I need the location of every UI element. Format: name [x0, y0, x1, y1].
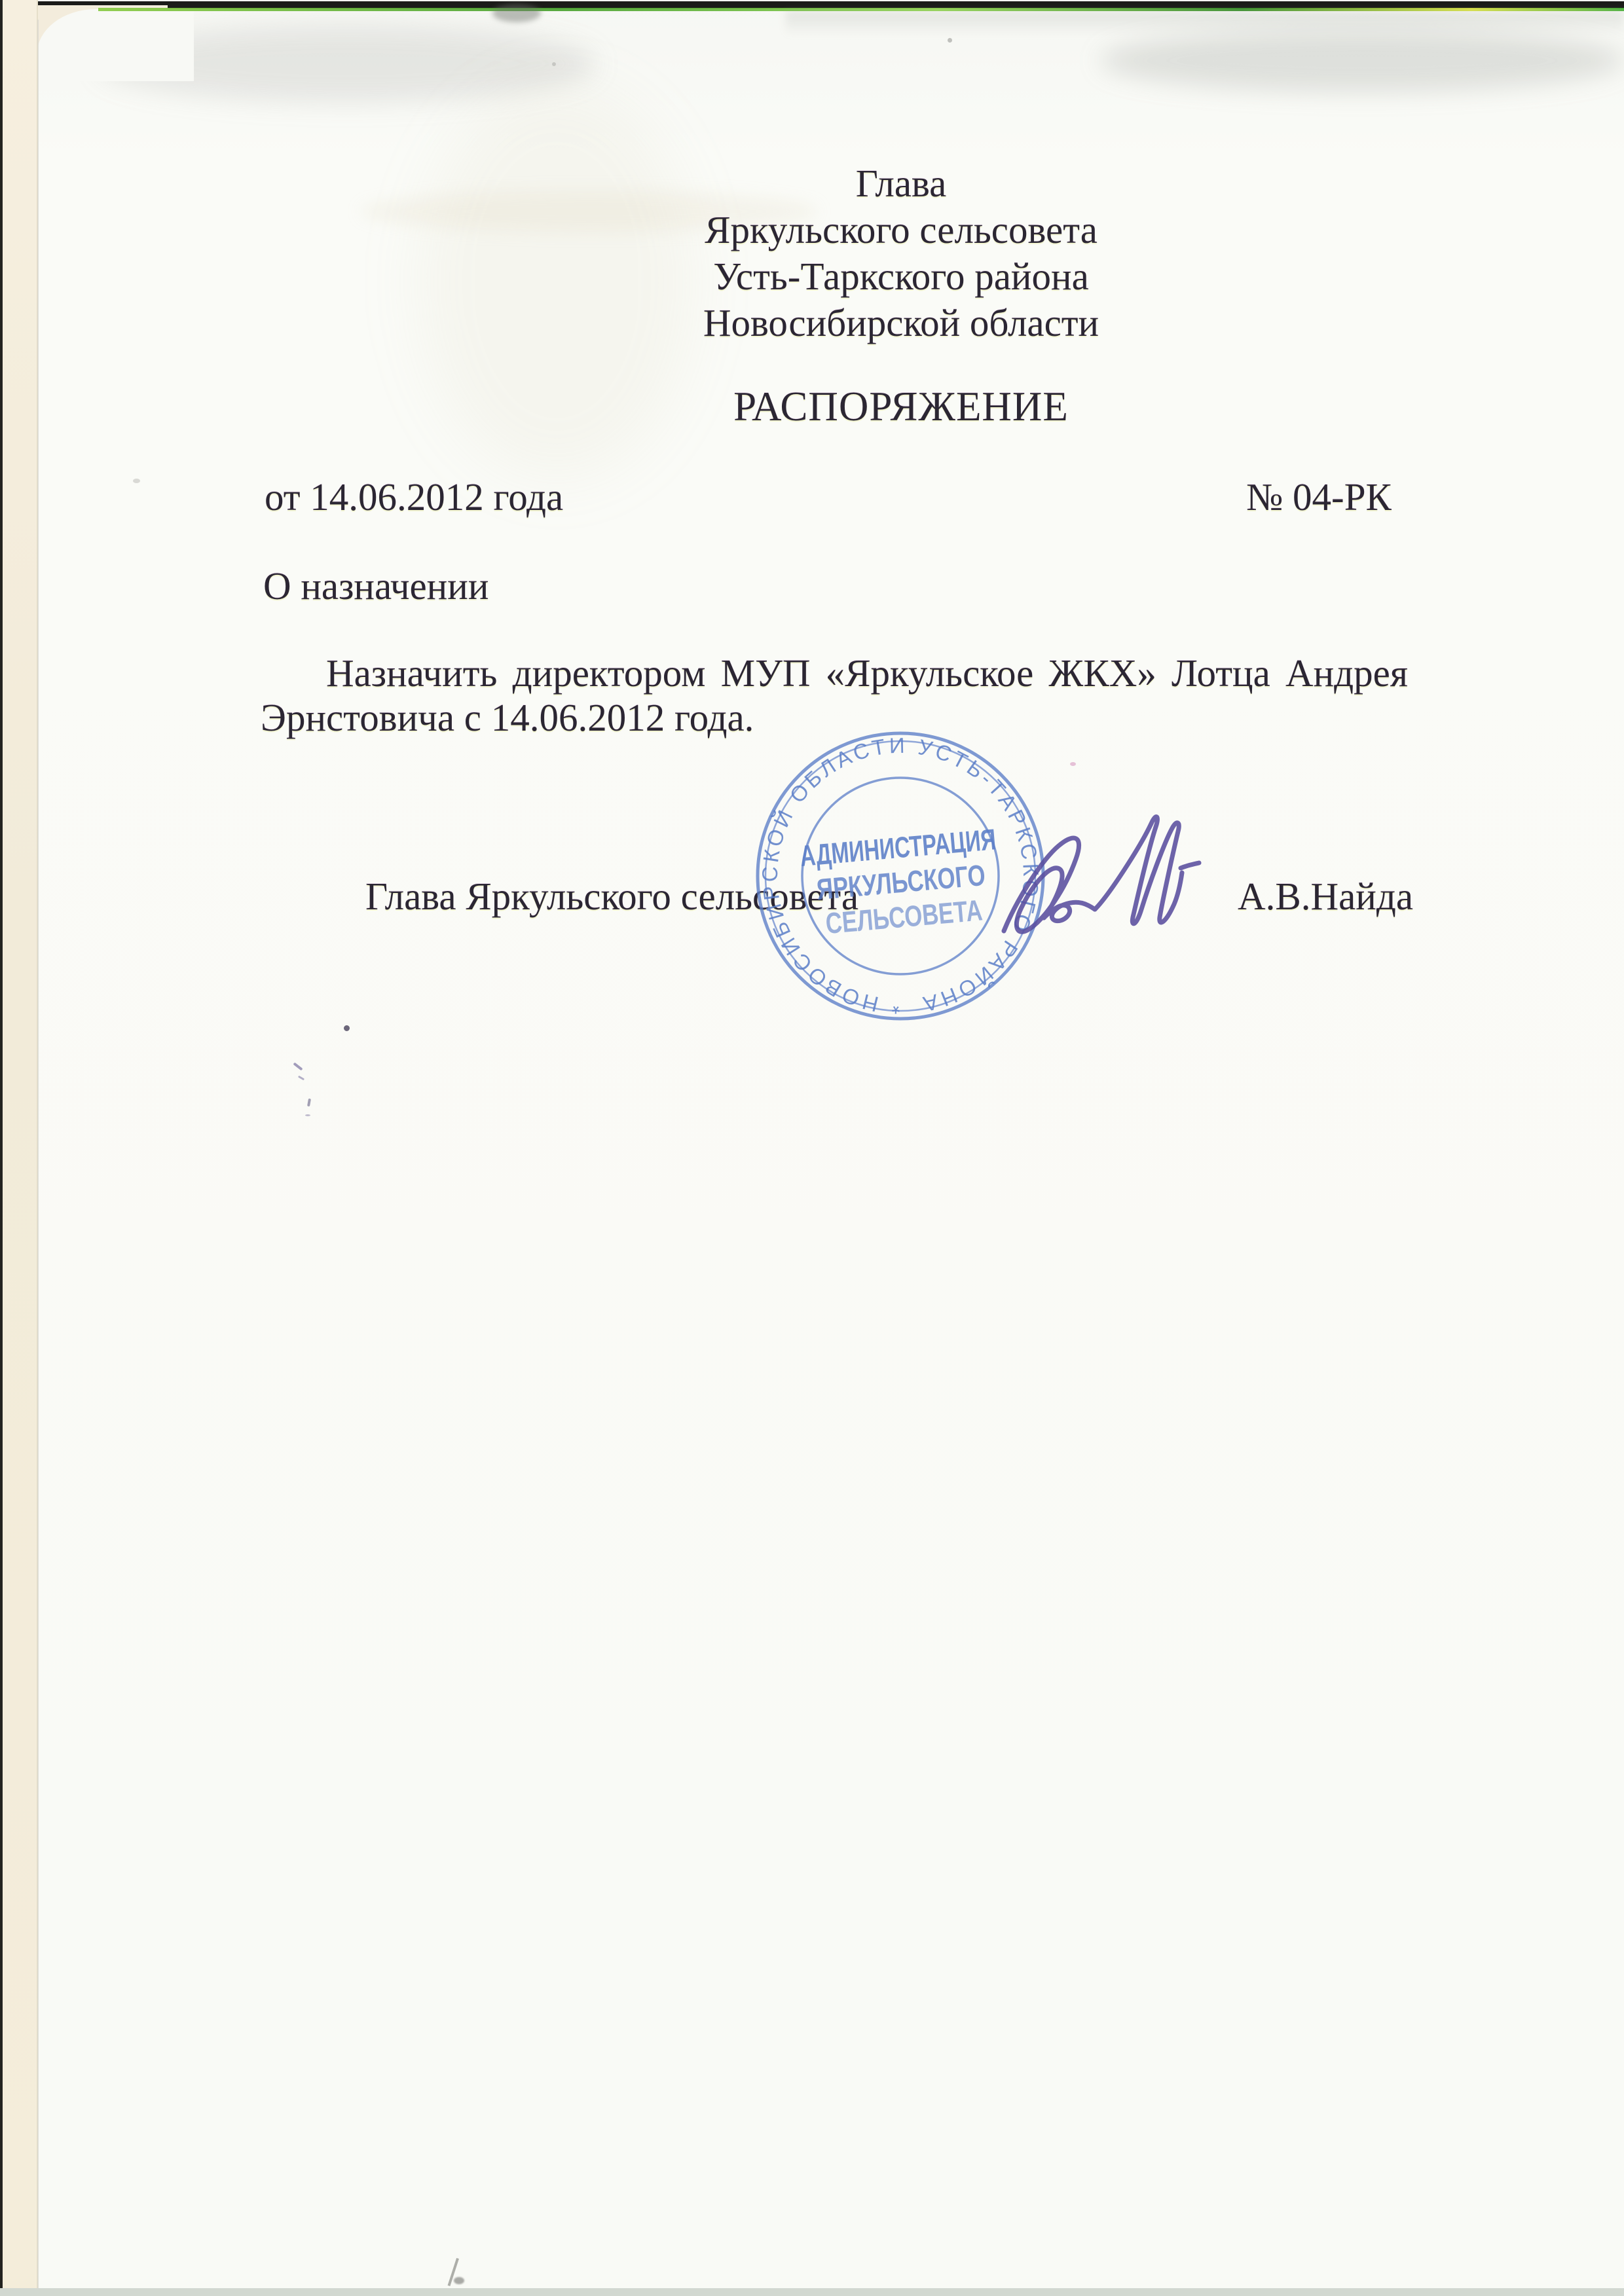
ink-speck: [344, 1025, 350, 1031]
ink-speck: [307, 1099, 311, 1107]
page-rounded-corner: [37, 9, 194, 81]
scan-margin-strip: [3, 0, 38, 2296]
authority-line: Новосибирской области: [589, 300, 1213, 346]
authority-line: Яркульского сельсовета: [589, 207, 1213, 253]
ink-speck: [305, 1114, 310, 1116]
document-number: № 04-РК: [1246, 474, 1392, 520]
authority-block: Глава Яркульского сельсовета Усть-Таркск…: [589, 160, 1213, 346]
document-type-title: РАСПОРЯЖЕНИЕ: [589, 382, 1213, 431]
signature-name: А.В.Найда: [1238, 873, 1413, 920]
scan-artifact-gray-band: [786, 11, 1624, 36]
stamp-center-text: АДМИНИСТРАЦИЯ ЯРКУЛЬСКОГО СЕЛЬСОВЕТА: [799, 822, 1004, 942]
authority-line: Глава: [589, 160, 1213, 207]
scan-edge-bottom: [0, 2288, 1624, 2296]
dust-speck: [1070, 762, 1076, 766]
ink-speck: [298, 1076, 304, 1081]
dust-speck: [948, 38, 952, 43]
body-line: Назначить директором МУП «Яркульское ЖКХ…: [261, 651, 1408, 695]
document-date: от 14.06.2012 года: [265, 474, 563, 520]
official-round-stamp: * НОВОСИБИРСКОЙ ОБЛАСТИ УСТЬ-ТАРКСКОГО Р…: [720, 701, 1231, 1067]
dust-speck: [133, 479, 140, 483]
scan-artifact-blob: [492, 4, 541, 22]
subject-line: О назначении: [263, 563, 489, 610]
page-edge-line: [37, 20, 39, 2296]
ink-speck: [293, 1062, 303, 1070]
scanned-page: Глава Яркульского сельсовета Усть-Таркск…: [0, 0, 1624, 2296]
smudge-mark: [454, 2277, 464, 2284]
dust-speck: [552, 62, 556, 66]
authority-line: Усть-Таркского района: [589, 253, 1213, 300]
paper-shading: [1100, 29, 1624, 92]
